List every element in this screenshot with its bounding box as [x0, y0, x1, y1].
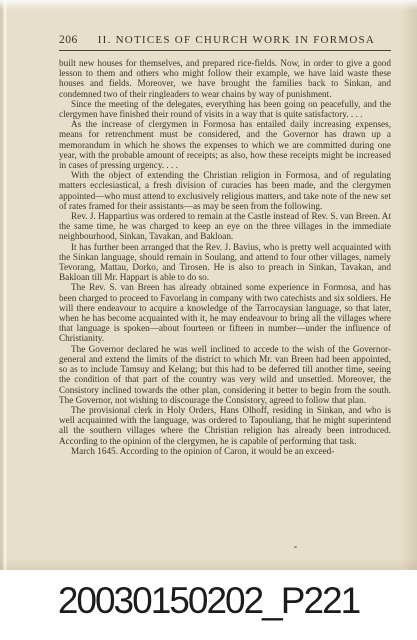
- scanned-document: 206 II. NOTICES OF CHURCH WORK IN FORMOS…: [0, 0, 417, 640]
- running-title: II. NOTICES OF CHURCH WORK IN FORMOSA: [98, 34, 375, 46]
- paragraph: As the increase of clergymen in Formosa …: [59, 119, 391, 170]
- page-body: built new houses for themselves, and pre…: [59, 58, 391, 456]
- paragraph: The Rev. S. van Breen has already obtain…: [59, 282, 391, 343]
- paragraph: It has further been arranged that the Re…: [59, 242, 391, 283]
- paragraph: built new houses for themselves, and pre…: [59, 58, 391, 99]
- paragraph: The Governor declared he was well inclin…: [59, 344, 391, 405]
- paragraph: Rev. J. Happartius was ordered to remain…: [59, 211, 391, 242]
- archive-label: 20030150202_P221: [58, 580, 359, 622]
- page-number: 206: [59, 34, 78, 46]
- paragraph: March 1645. According to the opinion of …: [59, 446, 391, 456]
- paragraph: The provisional clerk in Holy Orders, Ha…: [59, 405, 391, 446]
- paragraph: With the object of extending the Christi…: [59, 170, 391, 211]
- paragraph: Since the meeting of the delegates, ever…: [59, 99, 391, 119]
- scan-artifact-speck: [294, 546, 297, 548]
- book-page: 206 II. NOTICES OF CHURCH WORK IN FORMOS…: [0, 0, 417, 570]
- label-band: 20030150202_P221: [0, 570, 417, 640]
- page-header: 206 II. NOTICES OF CHURCH WORK IN FORMOS…: [59, 34, 391, 51]
